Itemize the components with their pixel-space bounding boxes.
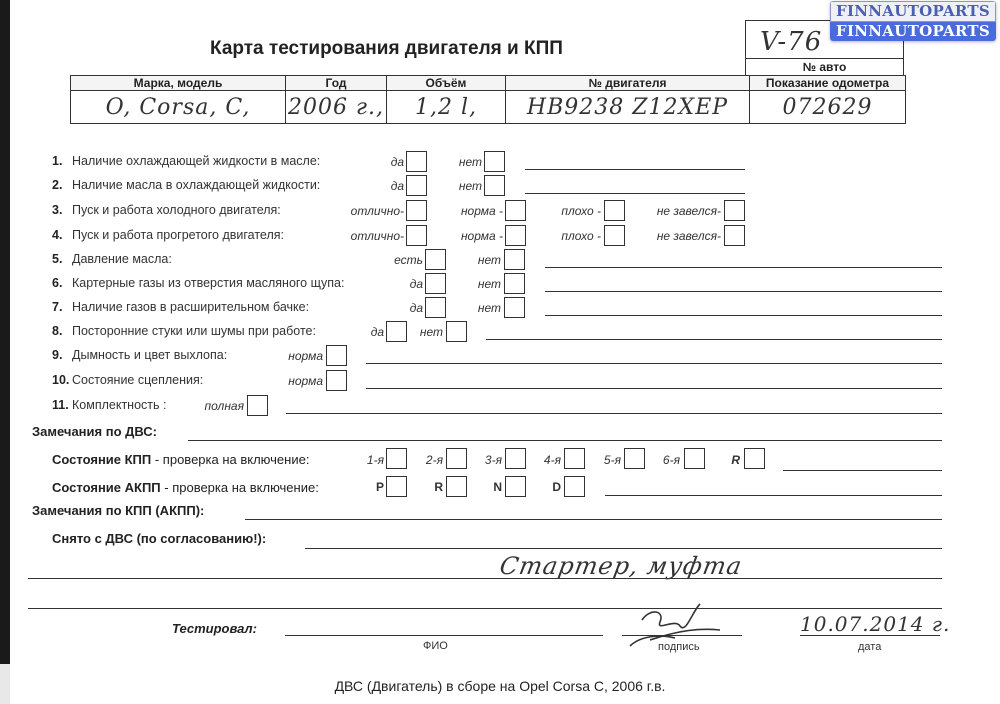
checklist-item-text: Наличие охлаждающей жидкости в масле:: [72, 154, 320, 168]
manual-gearbox-sub: - проверка на включение:: [151, 452, 309, 467]
mode-checkbox-D[interactable]: [564, 476, 585, 497]
date-label: дата: [858, 641, 881, 653]
auto-gearbox-label: Состояние АКПП - проверка на включение:: [52, 480, 319, 495]
checklist-item-text: Наличие газов в расширительном бачке:: [72, 300, 309, 314]
date-value: 10.07.2014 г.: [800, 612, 950, 636]
checklist-item-number: 7.: [52, 300, 72, 314]
checklist-item-text: Состояние сцепления:: [72, 373, 203, 387]
checklist-item-text: Пуск и работа прогретого двигателя:: [72, 228, 284, 242]
auto-number-value: V-76: [760, 27, 822, 57]
gear-checkbox-5-я[interactable]: [624, 448, 645, 469]
option-label: отлично-: [351, 204, 404, 218]
checkbox-3-1[interactable]: [406, 200, 427, 221]
gear-label: 4-я: [544, 453, 561, 467]
checklist-notes-line[interactable]: [486, 339, 942, 340]
checklist-item-number: 6.: [52, 276, 72, 290]
value-year: 2006 г.,: [286, 91, 387, 124]
removed-label: Снято с ДВС (по согласованию!):: [52, 531, 266, 546]
checkbox-11-1[interactable]: [247, 395, 268, 416]
gear-checkbox-6-я[interactable]: [684, 448, 705, 469]
checklist-item-number: 3.: [52, 203, 72, 217]
option-label: плохо -: [561, 204, 601, 218]
gear-label: R: [731, 453, 740, 467]
checkbox-2-2[interactable]: [484, 175, 505, 196]
gear-checkbox-3-я[interactable]: [505, 448, 526, 469]
col-year: Год: [286, 76, 387, 91]
checkbox-5-1[interactable]: [425, 249, 446, 270]
option-label: нет: [459, 179, 482, 193]
checklist-item-9: 9.Дымность и цвет выхлопа:: [52, 348, 227, 362]
scan-left-edge: [0, 0, 10, 664]
removed-line-2[interactable]: [28, 578, 942, 579]
checkbox-4-1[interactable]: [406, 225, 427, 246]
checklist-item-number: 11.: [52, 398, 72, 412]
checklist-item-number: 1.: [52, 154, 72, 168]
checkbox-4-3[interactable]: [604, 225, 625, 246]
option-label: да: [410, 301, 423, 315]
fio-line[interactable]: [285, 635, 603, 636]
checklist-notes-line[interactable]: [286, 413, 942, 414]
option-label: норма -: [461, 204, 503, 218]
checkbox-8-1[interactable]: [386, 321, 407, 342]
form-title: Карта тестирования двигателя и КПП: [210, 38, 563, 60]
option-label: норма: [288, 349, 323, 363]
auto-gearbox-sub: - проверка на включение:: [161, 480, 319, 495]
checkbox-7-2[interactable]: [504, 297, 525, 318]
removed-handwritten: Стартер, муфта: [498, 552, 745, 580]
col-volume: Объём: [387, 76, 506, 91]
checkbox-6-1[interactable]: [425, 273, 446, 294]
option-label: нет: [478, 301, 501, 315]
gearbox-remarks-line[interactable]: [245, 519, 942, 520]
checkbox-8-2[interactable]: [446, 321, 467, 342]
option-label: есть: [394, 253, 423, 267]
checklist-notes-line[interactable]: [366, 388, 942, 389]
option-label: полная: [205, 399, 244, 413]
checkbox-1-2[interactable]: [484, 151, 505, 172]
checklist-item-6: 6.Картерные газы из отверстия масляного …: [52, 276, 344, 290]
col-make-model: Марка, модель: [71, 76, 286, 91]
checkbox-6-2[interactable]: [504, 273, 525, 294]
checklist-notes-line[interactable]: [545, 315, 942, 316]
gear-checkbox-4-я[interactable]: [564, 448, 585, 469]
col-engine-number: № двигателя: [506, 76, 750, 91]
mode-label: D: [552, 480, 561, 494]
signature-label: подпись: [658, 641, 700, 653]
removed-line-3[interactable]: [28, 608, 942, 609]
option-label: нет: [459, 155, 482, 169]
checklist-item-4: 4.Пуск и работа прогретого двигателя:: [52, 228, 284, 242]
tested-label: Тестировал:: [172, 621, 257, 636]
mode-checkbox-P[interactable]: [386, 476, 407, 497]
auto-gearbox-title: Состояние АКПП: [52, 480, 161, 495]
checklist-item-5: 5.Давление масла:: [52, 252, 172, 266]
checkbox-7-1[interactable]: [425, 297, 446, 318]
checklist-notes-line[interactable]: [545, 267, 942, 268]
image-caption: ДВС (Двигатель) в сборе на Opel Corsa C,…: [0, 678, 1000, 694]
option-label: норма: [288, 374, 323, 388]
checklist-notes-line[interactable]: [525, 193, 745, 194]
option-label: да: [391, 155, 404, 169]
mode-checkbox-N[interactable]: [505, 476, 526, 497]
option-label: нет: [478, 277, 501, 291]
checkbox-10-1[interactable]: [326, 370, 347, 391]
checklist-item-text: Дымность и цвет выхлопа:: [72, 348, 227, 362]
manual-gearbox-line[interactable]: [783, 470, 942, 471]
option-label: да: [371, 325, 384, 339]
checklist-notes-line[interactable]: [545, 291, 942, 292]
gear-label: 5-я: [604, 453, 621, 467]
checkbox-4-4[interactable]: [724, 225, 745, 246]
value-odometer: 072629: [750, 91, 906, 124]
option-label: нет: [420, 325, 443, 339]
checkbox-9-1[interactable]: [326, 345, 347, 366]
engine-remarks-line[interactable]: [188, 440, 942, 441]
checklist-item-number: 5.: [52, 252, 72, 266]
option-label: плохо -: [561, 229, 601, 243]
checklist-item-text: Пуск и работа холодного двигателя:: [72, 203, 281, 217]
checklist-item-1: 1.Наличие охлаждающей жидкости в масле:: [52, 154, 320, 168]
watermark-line-2: FINNAUTOPARTS: [830, 22, 996, 41]
fio-label: ФИО: [423, 640, 448, 652]
auto-number-label: № авто: [746, 58, 903, 74]
checklist-item-text: Посторонние стуки или шумы при работе:: [72, 324, 316, 338]
gear-label: 1-я: [367, 453, 384, 467]
checklist-item-text: Наличие масла в охлаждающей жидкости:: [72, 178, 320, 192]
mode-label: N: [493, 480, 502, 494]
option-label: норма -: [461, 229, 503, 243]
checklist-item-text: Давление масла:: [72, 252, 172, 266]
checklist-item-number: 2.: [52, 178, 72, 192]
engine-remarks-label: Замечания по ДВС:: [32, 424, 157, 439]
mode-label: P: [376, 480, 384, 494]
option-label: отлично-: [351, 229, 404, 243]
gear-checkbox-R[interactable]: [744, 448, 765, 469]
checkbox-3-3[interactable]: [604, 200, 625, 221]
checklist-notes-line[interactable]: [366, 363, 942, 364]
checklist-item-2: 2.Наличие масла в охлаждающей жидкости:: [52, 178, 320, 192]
gear-label: 3-я: [485, 453, 502, 467]
checklist-item-number: 4.: [52, 228, 72, 242]
checkbox-2-1[interactable]: [406, 175, 427, 196]
checklist-notes-line[interactable]: [525, 169, 745, 170]
gear-checkbox-1-я[interactable]: [386, 448, 407, 469]
option-label: нет: [478, 253, 501, 267]
checklist-item-number: 9.: [52, 348, 72, 362]
checkbox-5-2[interactable]: [504, 249, 525, 270]
checklist-item-number: 8.: [52, 324, 72, 338]
checklist-item-10: 10.Состояние сцепления:: [52, 373, 203, 387]
gearbox-remarks-label: Замечания по КПП (АКПП):: [32, 503, 204, 518]
checkbox-1-1[interactable]: [406, 151, 427, 172]
value-volume: 1,2 l,: [387, 91, 506, 124]
removed-line[interactable]: [305, 548, 942, 549]
manual-gearbox-label: Состояние КПП - проверка на включение:: [52, 452, 309, 467]
option-label: не завелся-: [657, 229, 721, 243]
checkbox-3-2[interactable]: [505, 200, 526, 221]
option-label: да: [410, 277, 423, 291]
mode-label: R: [434, 480, 443, 494]
col-odometer: Показание одометра: [750, 76, 906, 91]
checklist-item-number: 10.: [52, 373, 72, 387]
value-engine-number: HB9238 Z12XEP: [506, 91, 750, 124]
checklist-item-8: 8.Посторонние стуки или шумы при работе:: [52, 324, 316, 338]
checklist-item-7: 7.Наличие газов в расширительном бачке:: [52, 300, 309, 314]
checklist-item-3: 3.Пуск и работа холодного двигателя:: [52, 203, 281, 217]
option-label: не завелся-: [657, 204, 721, 218]
auto-gearbox-line[interactable]: [605, 495, 942, 496]
gear-label: 6-я: [663, 453, 680, 467]
option-label: да: [391, 179, 404, 193]
checklist-item-text: Картерные газы из отверстия масляного щу…: [72, 276, 344, 290]
gear-checkbox-2-я[interactable]: [446, 448, 467, 469]
gear-label: 2-я: [426, 453, 443, 467]
checklist-item-text: Комплектность :: [72, 398, 166, 412]
value-make-model: O, Corsa, C,: [71, 91, 286, 124]
checkbox-4-2[interactable]: [505, 225, 526, 246]
manual-gearbox-title: Состояние КПП: [52, 452, 151, 467]
checklist-item-11: 11.Комплектность :: [52, 398, 166, 412]
watermark-line-1: FINNAUTOPARTS: [830, 1, 996, 22]
checkbox-3-4[interactable]: [724, 200, 745, 221]
vehicle-info-table: Марка, модель Год Объём № двигателя Пока…: [70, 75, 906, 124]
watermark-logo: FINNAUTOPARTS FINNAUTOPARTS: [830, 1, 996, 41]
mode-checkbox-R[interactable]: [446, 476, 467, 497]
